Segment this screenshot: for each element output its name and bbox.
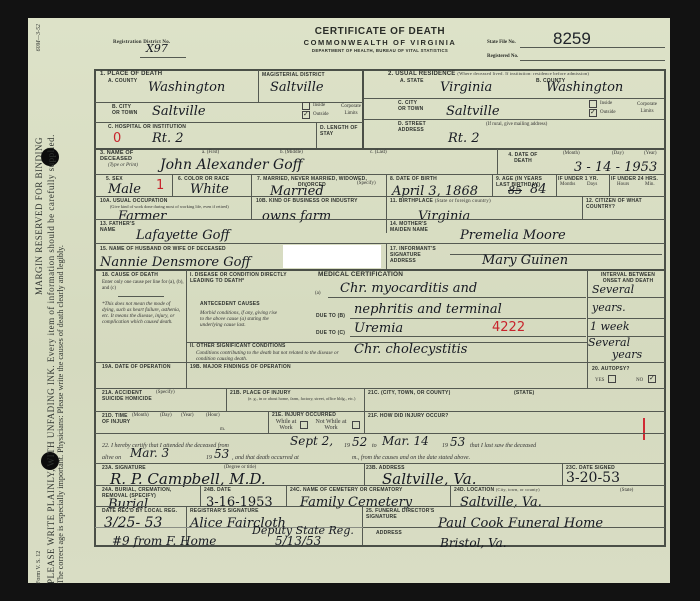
cause-c-label: DUE TO (c) <box>316 330 345 336</box>
inside-label: Inside <box>313 103 325 108</box>
death-county-value: Washington <box>148 80 225 95</box>
residence-outside-label: Outside <box>600 110 616 115</box>
interval-e: years <box>612 348 642 361</box>
business-value: owns farm <box>262 209 331 224</box>
residence-city-label: c. CITY OR TOWN <box>398 100 426 112</box>
cause-c-value: Uremia <box>354 321 403 336</box>
cause-footnote: *This does not mean the mode of dying, s… <box>102 301 184 325</box>
margin-reserved: MARGIN RESERVED FOR BINDING <box>34 137 44 295</box>
residence-state-label: a. STATE <box>400 78 424 84</box>
other-conditions-note: Conditions contributing to the death but… <box>196 350 356 362</box>
name-label: 3. NAME OF DECEASED <box>100 150 146 162</box>
residence-limits-label: Corporate Limits <box>632 101 662 115</box>
autopsy-yes-label: YES <box>595 378 604 383</box>
death-occurred-text: , and that death occurred at <box>232 455 299 461</box>
cause-instruction: Enter only one cause per line for (a), (… <box>102 280 184 292</box>
registrar-signature-label: REGISTRAR'S SIGNATURE <box>190 508 259 514</box>
marital-specify: (Specify) <box>357 181 376 186</box>
accident-specify: (Specify) <box>156 390 175 395</box>
hospital-red-mark: 0 <box>113 131 121 146</box>
street-label: d. STREET ADDRESS <box>398 121 426 133</box>
burial-date-label: 24b. DATE <box>204 487 231 493</box>
registered-label: Registered No. <box>487 54 518 59</box>
birthplace-label: 11. BIRTHPLACE (State or foreign country… <box>390 198 491 204</box>
residence-outside-checkbox[interactable]: ✓ <box>589 109 597 117</box>
state-name: COMMONWEALTH OF VIRGINIA <box>240 38 520 47</box>
attended-to-year: 53 <box>450 435 465 449</box>
informant-value: Mary Guinen <box>482 253 568 268</box>
residence-inside-checkbox[interactable] <box>589 100 597 108</box>
cause-b-label: DUE TO (b) <box>316 313 345 319</box>
registration-district-value: X97 <box>146 42 168 55</box>
not-while-at-work-label: Not While at Work <box>313 419 349 431</box>
while-at-work-checkbox[interactable] <box>300 421 308 429</box>
injury-city-label: 21c. (CITY, TOWN, OR COUNTY) <box>368 390 450 396</box>
injury-day-label: (Day) <box>160 413 172 418</box>
disease-label: I. DISEASE OR CONDITION DIRECTLY LEADING… <box>190 272 300 284</box>
to-label: to <box>372 443 377 449</box>
instruction-line-1: PLEASE WRITE PLAINLY, WITH UNFADING INK.… <box>46 134 56 584</box>
operation-findings-label: 19b. MAJOR FINDINGS OF OPERATION <box>190 364 291 370</box>
burial-state-label: (State) <box>620 488 633 493</box>
death-city-value: Saltville <box>152 104 206 119</box>
mother-name-value: Premelia Moore <box>460 228 566 243</box>
business-label: 10b. KIND OF BUSINESS OR INDUSTRY <box>256 198 381 204</box>
instruction-line-2: The correct age is especially important.… <box>56 245 66 584</box>
attended-to-value: Mar. 14 <box>382 434 429 448</box>
sex-red-mark: 1 <box>156 178 164 193</box>
autopsy-yes-checkbox[interactable] <box>608 375 616 383</box>
year1-prefix: 19 <box>344 443 350 449</box>
causes-stated-text: m., from the causes and on the date stat… <box>352 455 470 461</box>
place-of-injury-note: (e. g., in or about home, farm, factory,… <box>248 396 358 401</box>
day-label: (Day) <box>612 151 624 156</box>
spouse-label: 15. NAME OF HUSBAND OR WIFE OF DECEASED <box>100 246 226 252</box>
first-name-label: a. (First) <box>202 150 219 155</box>
hospital-value: Rt. 2 <box>152 131 184 146</box>
cause-code: 4222 <box>492 320 525 335</box>
operation-date-label: 19a. DATE OF OPERATION <box>102 364 182 370</box>
injury-year-label: (Year) <box>181 413 194 418</box>
street-value: Rt. 2 <box>448 131 480 146</box>
registrar-note: #9 from F. Home <box>112 534 216 548</box>
medical-certification-heading: MEDICAL CERTIFICATION <box>318 271 403 278</box>
injury-occurred-label: 21e. INJURY OCCURRED <box>272 412 336 418</box>
interval-b: years. <box>592 301 626 314</box>
city-label: b. CITY OR TOWN <box>112 104 140 116</box>
name-note: (Type or Print) <box>108 163 138 168</box>
margin-instructions: Form V. S. 12MARGIN RESERVED FOR BINDING… <box>34 24 84 584</box>
residence-county-value: Washington <box>546 80 623 95</box>
cause-b-value: nephritis and terminal <box>354 302 502 317</box>
injury-state-label: (STATE) <box>514 390 534 396</box>
outside-label: Outside <box>313 112 329 117</box>
autopsy-no-label: NO <box>636 378 643 383</box>
father-name-label: 13. FATHER'S NAME <box>100 221 140 233</box>
date-signed-value: 3-20-53 <box>566 470 620 486</box>
state-file-value: 8259 <box>553 29 591 49</box>
months-label: Months <box>560 182 575 187</box>
date-received-value: 3/25- 53 <box>104 515 162 531</box>
certificate-title-block: CERTIFICATE OF DEATH COMMONWEALTH OF VIR… <box>240 26 520 53</box>
injury-month-label: (Month) <box>132 413 149 418</box>
form-number: Form V. S. 12 <box>34 551 44 584</box>
inside-limits-checkbox[interactable] <box>302 102 310 110</box>
cemetery-label: 24c. NAME OF CEMETERY OR CREMATORY <box>290 487 403 493</box>
alive-on-year: 53 <box>214 447 229 461</box>
year2-prefix: 19 <box>442 443 448 449</box>
deceased-name-value: John Alexander Goff <box>160 157 303 173</box>
antecedent-causes-label: ANTECEDENT CAUSES <box>200 301 260 307</box>
residence-inside-label: Inside <box>600 101 612 106</box>
days-label: Days <box>587 182 597 187</box>
corporate-limits-label: Corporate Limits <box>340 103 362 117</box>
year3-prefix: 19 <box>206 455 212 461</box>
informant-label: 17. INFORMANT'S SIGNATUREADDRESS <box>390 246 440 264</box>
other-conditions-value: Chr. cholecystitis <box>354 342 467 357</box>
burial-location-value: Saltville, Va. <box>460 495 542 510</box>
hours-label: Hours <box>617 182 629 187</box>
street-note: (If rural, give mailing address) <box>486 122 547 127</box>
race-value: White <box>190 182 229 197</box>
antecedent-note: Morbid conditions, if any, giving rise t… <box>200 310 280 328</box>
alive-on-value: Mar. 3 <box>130 446 169 460</box>
redacted-field <box>283 245 381 268</box>
date-of-death-value: 3 - 14 - 1953 <box>574 160 657 175</box>
county-label: a. COUNTY <box>108 78 137 84</box>
interval-a: Several <box>592 283 634 296</box>
year-label: (Year) <box>644 151 657 156</box>
date-of-death-label: 4. DATE OF DEATH <box>508 152 538 164</box>
injury-m-label: m. <box>220 427 225 432</box>
attended-from-year: 52 <box>352 435 367 449</box>
interval-c: 1 week <box>590 320 630 333</box>
date-received-label: DATE REC'D BY LOCAL REG. <box>102 508 192 514</box>
usual-residence-label: 2. USUAL RESIDENCE (Where deceased lived… <box>388 71 589 77</box>
magisterial-label: MAGISTERIAL DISTRICT <box>262 72 325 78</box>
mother-name-label: 14. MOTHER'S MAIDEN NAME <box>390 221 440 233</box>
autopsy-label: 20. AUTOPSY? <box>592 366 630 372</box>
funeral-address-value: Bristol, Va. <box>440 536 507 550</box>
citizen-label: 12. CITIZEN OF WHAT COUNTRY? <box>586 198 662 210</box>
registrar-note-date: 5/13/53 <box>275 534 321 548</box>
last-name-label: c. (Last) <box>370 150 387 155</box>
burial-location-label: 24d. LOCATION (City, town, or county) <box>454 487 540 493</box>
state-file-label: State File No. <box>487 40 516 45</box>
funeral-address-label: ADDRESS <box>376 530 402 536</box>
not-while-at-work-checkbox[interactable] <box>352 421 360 429</box>
outside-limits-checkbox[interactable]: ✓ <box>302 111 310 119</box>
department-name: DEPARTMENT OF HEALTH, BUREAU OF VITAL ST… <box>240 48 520 53</box>
certificate-title: CERTIFICATE OF DEATH <box>240 26 520 37</box>
month-label: (Month) <box>563 151 580 156</box>
while-at-work-label: While at Work <box>272 419 300 431</box>
date-of-birth-label: 8. DATE OF BIRTH <box>390 176 437 182</box>
form-code: 60M—3-52 <box>34 24 44 51</box>
attended-from-value: Sept 2, <box>290 434 333 448</box>
minutes-label: Min. <box>645 182 655 187</box>
hospital-label: c. HOSPITAL OR INSTITUTION <box>108 124 186 130</box>
funeral-director-value: Paul Cook Funeral Home <box>438 516 603 531</box>
autopsy-no-checkbox[interactable]: ✓ <box>648 375 656 383</box>
middle-name-label: b. (Middle) <box>280 150 303 155</box>
residence-city-value: Saltville <box>446 104 500 119</box>
time-of-injury-label: 21d. TIME OF INJURY <box>102 413 132 425</box>
sex-value: Male <box>108 182 141 197</box>
age-value: 84 <box>530 182 547 197</box>
accident-label: 21a. ACCIDENT SUICIDE HOMICIDE <box>102 390 152 402</box>
place-of-death-label: 1. PLACE OF DEATH <box>100 71 162 77</box>
father-name-value: Lafayette Goff <box>136 228 230 243</box>
cause-of-death-label: 18. CAUSE OF DEATH <box>102 272 158 278</box>
other-conditions-label: II. OTHER SIGNIFICANT CONDITIONS <box>190 343 286 349</box>
red-margin-mark <box>643 418 645 440</box>
funeral-director-label: 25. FUNERAL DIRECTOR'S SIGNATURE <box>366 508 436 520</box>
magisterial-value: Saltville <box>270 80 324 95</box>
alive-on-label: alive on <box>102 455 121 461</box>
residence-state-value: Virginia <box>440 80 492 95</box>
injury-hour-label: (Hour) <box>206 413 220 418</box>
how-injury-occurred-label: 21f. HOW DID INJURY OCCUR? <box>368 413 449 419</box>
length-of-stay-label: d. LENGTH OF STAY <box>320 125 362 137</box>
cause-a-value: Chr. myocarditis and <box>340 281 477 296</box>
last-saw-text: that I last saw the deceased <box>470 443 536 449</box>
spouse-value: Nannie Densmore Goff <box>100 255 251 270</box>
cause-a-label: (a) <box>315 291 321 296</box>
